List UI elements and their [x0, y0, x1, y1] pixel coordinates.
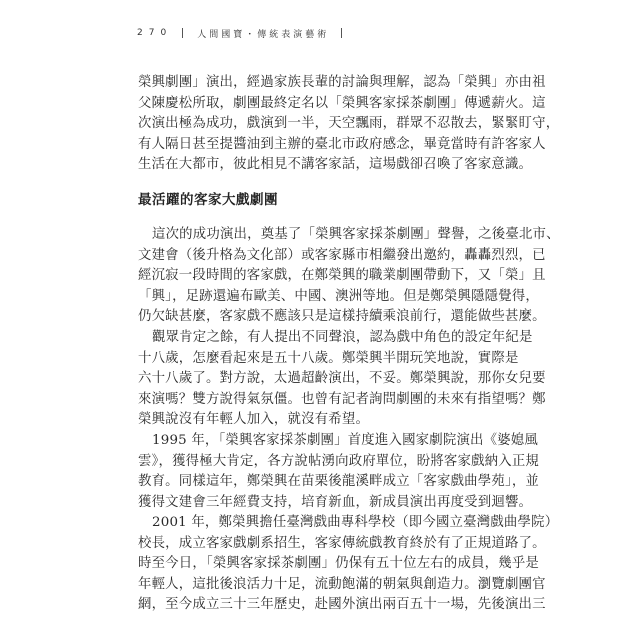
- text-line: 生活在大都市，彼此相見不講客家話，這場戲卻召喚了客家意識。: [138, 155, 502, 176]
- text-line: 校長，成立客家戲劇系招生，客家傳統戲教育終於有了正規道路了。: [138, 534, 502, 555]
- text-line: 榮興說沒有年輕人加入，就沒有希望。: [138, 410, 502, 431]
- page-number: 270: [137, 28, 172, 38]
- text-line: 六十八歲了。對方說，太過超齡演出，不妥。鄭榮興說，那你女兒要: [138, 369, 502, 390]
- book-title: 人間國寶・傳統表演藝術: [197, 27, 329, 40]
- text-line: 觀眾肯定之餘，有人提出不同聲浪，認為戲中角色的設定年紀是: [138, 328, 502, 349]
- text-line: 這次的成功演出，奠基了「榮興客家採茶劇團」聲譽，之後臺北市、: [138, 225, 502, 246]
- text-line: 獲得文建會三年經費支持，培育新血，新成員演出再度受到迴響。: [138, 493, 502, 514]
- paragraph-1: 榮興劇團」演出，經過家族長輩的討論與理解，認為「榮興」亦由祖 父陳慶松所取，劇團…: [138, 73, 502, 176]
- section-heading: 最活躍的客家大戲劇團: [138, 188, 278, 208]
- text-line: 時至今日，「榮興客家採茶劇團」仍保有五十位左右的成員，幾乎是: [138, 554, 502, 575]
- paragraph-3: 觀眾肯定之餘，有人提出不同聲浪，認為戲中角色的設定年紀是 十八歲，怎麼看起來是五…: [138, 328, 502, 431]
- text-line: 有人隔日甚至提醬油到主辦的臺北市政府感念，畢竟當時有許客家人: [138, 135, 502, 156]
- header-divider-end: [341, 28, 342, 38]
- text-line: 十八歲，怎麼看起來是五十八歲。鄭榮興半開玩笑地說，實際是: [138, 349, 502, 370]
- paragraph-2: 這次的成功演出，奠基了「榮興客家採茶劇團」聲譽，之後臺北市、 文建會（後升格為文…: [138, 225, 502, 328]
- text-line: 仍欠缺甚麼，客家戲不應該只是這樣持續乘浪前行，還能做些甚麼。: [138, 307, 502, 328]
- header-divider: [182, 28, 183, 38]
- text-line: 父陳慶松所取，劇團最終定名以「榮興客家採茶劇團」傳遞薪火。這: [138, 94, 502, 115]
- text-line: 雲》，獲得極大肯定，各方說帖湧向政府單位，盼將客家戲納入正規: [138, 452, 502, 473]
- text-line: 年輕人，這批後浪活力十足，流動飽滿的朝氣與創造力。瀏覽劇團官: [138, 575, 502, 596]
- text-line: 教育。同樣這年，鄭榮興在苗栗後龍溪畔成立「客家戲曲學苑」，並: [138, 472, 502, 493]
- text-line: 次演出極為成功，戲演到一半，天空飄雨，群眾不忍散去，緊緊盯守，: [138, 114, 502, 135]
- paragraph-5: 2001 年，鄭榮興擔任臺灣戲曲專科學校（即今國立臺灣戲曲學院） 校長，成立客家…: [138, 513, 502, 616]
- text-line: 經沉寂一段時間的客家戲，在鄭榮興的職業劇團帶動下，又「榮」且: [138, 266, 502, 287]
- text-line: 網，至今成立三十三年歷史，赴國外演出兩百五十一場，先後演出三: [138, 595, 502, 616]
- text-line: 「興」，足跡還遍布歐美、中國、澳洲等地。但是鄭榮興隱隱覺得，: [138, 287, 502, 308]
- text-line: 榮興劇團」演出，經過家族長輩的討論與理解，認為「榮興」亦由祖: [138, 73, 502, 94]
- paragraph-4: 1995 年，「榮興客家採茶劇團」首度進入國家劇院演出《婆媳風 雲》，獲得極大肯…: [138, 431, 502, 513]
- running-header: 270 人間國寶・傳統表演藝術: [137, 26, 342, 40]
- text-line: 文建會（後升格為文化部）或客家縣市相繼發出邀約，轟轟烈烈，已: [138, 246, 502, 267]
- text-line: 1995 年，「榮興客家採茶劇團」首度進入國家劇院演出《婆媳風: [138, 431, 502, 452]
- text-line: 2001 年，鄭榮興擔任臺灣戲曲專科學校（即今國立臺灣戲曲學院）: [138, 513, 502, 534]
- text-line: 來演嗎？雙方說得氣氛僵。也曾有記者詢問劇團的未來有指望嗎？鄭: [138, 390, 502, 411]
